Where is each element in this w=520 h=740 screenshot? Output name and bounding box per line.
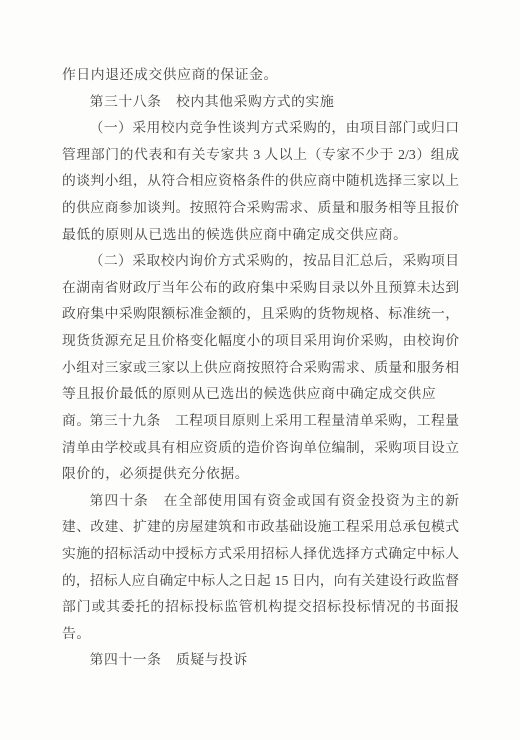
article-38-heading: 第三十八条 校内其他采购方式的实施 — [62, 89, 459, 116]
doc-line: 最低的原则从已选出的候选供应商中确定成交供应商。 — [62, 222, 459, 249]
doc-line: 的谈判小组，从符合相应资格条件的供应商中随机选择三家以上 — [62, 168, 459, 195]
doc-line: 清单由学校或具有相应资质的造价咨询单位编制，采购项目设立 — [62, 435, 459, 462]
doc-line: 等且报价最低的原则从已选出的候选供应商中确定成交供应商。 — [62, 381, 459, 408]
doc-line: 管理部门的代表和有关专家共 3 人以上（专家不少于 2/3）组成 — [62, 142, 459, 169]
doc-line: 告。 — [62, 621, 459, 648]
doc-line: 小组对三家或三家以上供应商按照符合采购需求、质量和服务相 — [62, 355, 459, 382]
doc-line: 的供应商参加谈判。按照符合采购需求、质量和服务相等且报价 — [62, 195, 459, 222]
doc-line: 部门或其委托的招标投标监管机构提交招标投标情况的书面报 — [62, 594, 459, 621]
doc-line: 建、改建、扩建的房屋建筑和市政基础设施工程采用总承包模式 — [62, 514, 459, 541]
doc-line: 作日内退还成交供应商的保证金。 — [62, 62, 459, 89]
article-41-heading: 第四十一条 质疑与投诉 — [62, 647, 459, 674]
doc-line: 的，招标人应自确定中标人之日起 15 日内，向有关建设行政监督 — [62, 568, 459, 595]
article-39-start-line: 第三十九条 工程项目原则上采用工程量清单采购，工程量 — [62, 408, 459, 435]
doc-line: 政府集中采购限额标准金额的，且采购的货物规格、标准统一， — [62, 301, 459, 328]
doc-line: 在湖南省财政厅当年公布的政府集中采购目录以外且预算未达到 — [62, 275, 459, 302]
doc-line: （一）采用校内竞争性谈判方式采购的，由项目部门或归口 — [62, 115, 459, 142]
doc-line: 现货货源充足且价格变化幅度小的项目采用询价采购，由校询价 — [62, 328, 459, 355]
doc-line: （二）采取校内询价方式采购的，按品目汇总后，采购项目 — [62, 248, 459, 275]
article-40-start-line: 第四十条 在全部使用国有资金或国有资金投资为主的新 — [62, 488, 459, 515]
document-text-block: 作日内退还成交供应商的保证金。 第三十八条 校内其他采购方式的实施 （一）采用校… — [62, 62, 459, 674]
doc-line: 限价的，必须提供充分依据。 — [62, 461, 459, 488]
doc-line: 实施的招标活动中授标方式采用招标人择优选择方式确定中标人 — [62, 541, 459, 568]
document-page: 作日内退还成交供应商的保证金。 第三十八条 校内其他采购方式的实施 （一）采用校… — [0, 0, 520, 740]
